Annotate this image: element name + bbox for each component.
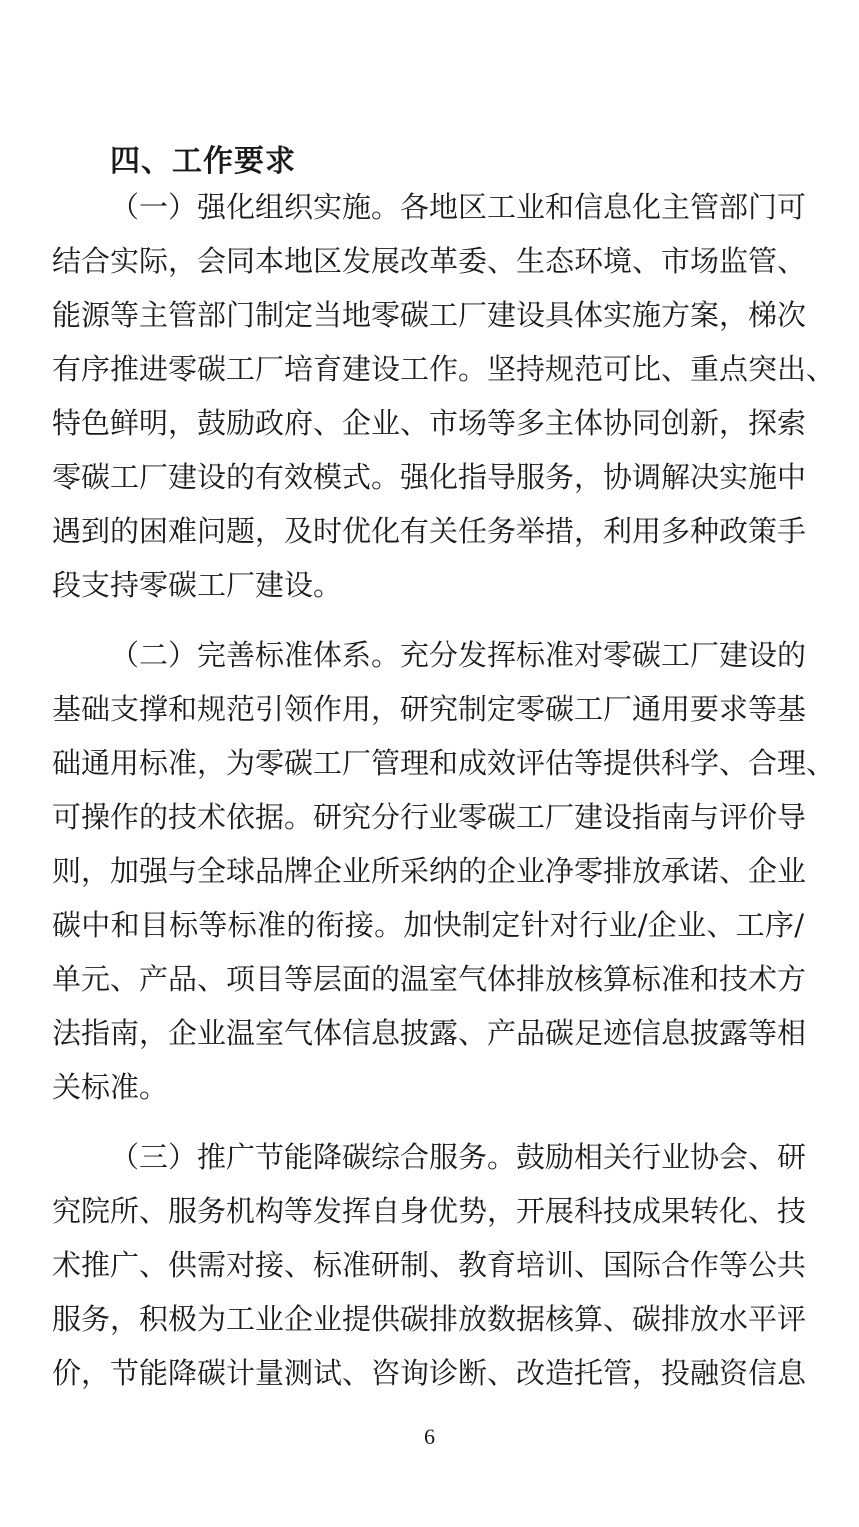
- paragraph-line: 零碳工厂建设的有效模式。强化指导服务，协调解决实施中: [52, 457, 804, 497]
- paragraph-line: 特色鲜明，鼓励政府、企业、市场等多主体协同创新，探索: [52, 403, 804, 443]
- section-heading: 四、工作要求: [110, 142, 296, 182]
- paragraph-line: （一）强化组织实施。各地区工业和信息化主管部门可: [110, 187, 804, 227]
- paragraph-line: 术推广、供需对接、标准研制、教育培训、国际合作等公共: [52, 1245, 804, 1285]
- paragraph-line: （三）推广节能降碳综合服务。鼓励相关行业协会、研: [110, 1137, 804, 1177]
- paragraph-line: 关标准。: [52, 1067, 804, 1107]
- paragraph-line: 基础支撑和规范引领作用，研究制定零碳工厂通用要求等基: [52, 689, 804, 729]
- paragraph-line: 段支持零碳工厂建设。: [52, 565, 804, 605]
- paragraph-line: 础通用标准，为零碳工厂管理和成效评估等提供科学、合理、: [52, 743, 804, 783]
- paragraph-line: 单元、产品、项目等层面的温室气体排放核算标准和技术方: [52, 959, 804, 999]
- paragraph-line: 结合实际，会同本地区发展改革委、生态环境、市场监管、: [52, 241, 804, 281]
- page-number: 6: [0, 1424, 859, 1450]
- paragraph-line: 则，加强与全球品牌企业所采纳的企业净零排放承诺、企业: [52, 851, 804, 891]
- document-page: 四、工作要求 （一）强化组织实施。各地区工业和信息化主管部门可 结合实际，会同本…: [0, 0, 859, 1527]
- paragraph-line: 遇到的困难问题，及时优化有关任务举措，利用多种政策手: [52, 511, 804, 551]
- paragraph-line: 价，节能降碳计量测试、咨询诊断、改造托管，投融资信息: [52, 1353, 804, 1393]
- paragraph-line: 服务，积极为工业企业提供碳排放数据核算、碳排放水平评: [52, 1299, 804, 1339]
- paragraph-line: 法指南，企业温室气体信息披露、产品碳足迹信息披露等相: [52, 1013, 804, 1053]
- paragraph-line: 究院所、服务机构等发挥自身优势，开展科技成果转化、技: [52, 1191, 804, 1231]
- paragraph-line: 有序推进零碳工厂培育建设工作。坚持规范可比、重点突出、: [52, 349, 804, 389]
- paragraph-line: 碳中和目标等标准的衔接。加快制定针对行业/企业、工序/: [52, 905, 804, 945]
- paragraph-line: 可操作的技术依据。研究分行业零碳工厂建设指南与评价导: [52, 797, 804, 837]
- paragraph-line: （二）完善标准体系。充分发挥标准对零碳工厂建设的: [110, 635, 804, 675]
- paragraph-line: 能源等主管部门制定当地零碳工厂建设具体实施方案，梯次: [52, 295, 804, 335]
